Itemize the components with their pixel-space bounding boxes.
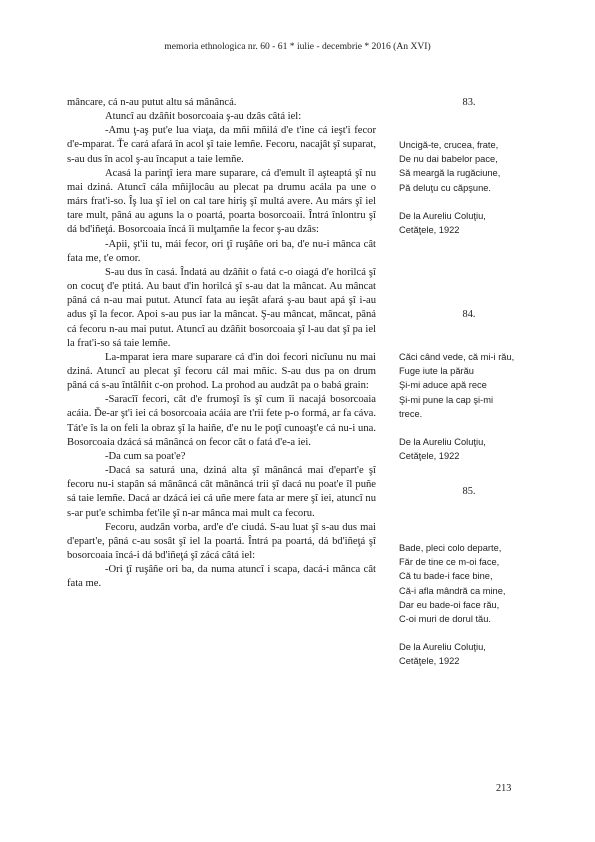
paragraph: -Ori ţî ruşâñe ori ba, da numa atuncî i … [67,563,376,591]
poem-number: 85. [399,485,539,499]
paragraph: -Saracîî fecori, cât d'e frumoşî îs şî c… [67,393,376,450]
poem-line: Fuge iute la părău [399,364,539,378]
poem-line: Pă deluţu cu căpşune. [399,181,539,195]
running-header: memoria ethnologica nr. 60 - 61 * iulie … [0,41,595,52]
poem-number: 84. [399,308,539,322]
poem-85: 85. Bade, pleci colo departe, Făr de tin… [399,485,539,668]
page-number: 213 [496,783,511,794]
paragraph: -Dacá sa saturá una, dziná alta şî mânân… [67,464,376,521]
poem-83: 83. Uncigă-te, crucea, frate, De nu dai … [399,96,539,237]
poem-line: Căci când vede, că mi-i rău, [399,350,539,364]
source-line: Cetăţele, 1922 [399,654,539,668]
paragraph: S-au dus în casá. Îndatá au dzâñit o fat… [67,266,376,351]
poem-source: De la Aureliu Coluţiu, Cetăţele, 1922 [399,640,539,668]
poem-line: Şi-mi aduce apă rece [399,378,539,392]
paragraph: Atuncî au dzâñit bosorcoaia ş-au dzâs câ… [67,110,376,124]
poem-line: Şi-mi pune la cap şi-mi [399,393,539,407]
paragraph: La-mparat iera mare suparare cá d'in doi… [67,351,376,393]
poem-line: Că-i afla mândră ca mine, [399,584,539,598]
poem-line: De nu dai babelor pace, [399,152,539,166]
paragraph: -Amu ţ-aş put'e lua viaţa, da mñi mñilá … [67,124,376,166]
paragraph: mâncare, cá n-au putut altu sá mânâncá. [67,96,376,110]
paragraph: Fecoru, audzân vorba, ard'e d'e ciudá. S… [67,521,376,563]
poem-line: Bade, pleci colo departe, [399,541,539,555]
source-line: Cetăţele, 1922 [399,223,539,237]
paragraph: -Apii, şt'ii tu, mái fecor, ori ţî ruşâñ… [67,238,376,266]
poem-line: Uncigă-te, crucea, frate, [399,138,539,152]
source-line: De la Aureliu Coluţiu, [399,209,539,223]
source-line: De la Aureliu Coluţiu, [399,435,539,449]
poem-number: 83. [399,96,539,110]
poem-line: trece. [399,407,539,421]
poem-84: 84. Căci când vede, că mi-i rău, Fuge iu… [399,308,539,463]
paragraph: -Da cum sa poat'e? [67,450,376,464]
prose-column: mâncare, cá n-au putut altu sá mânâncá. … [67,96,376,591]
source-line: De la Aureliu Coluţiu, [399,640,539,654]
poem-source: De la Aureliu Coluţiu, Cetăţele, 1922 [399,435,539,463]
poem-line: C-oi muri de dorul tău. [399,612,539,626]
poem-line: Dar eu bade-oi face rău, [399,598,539,612]
source-line: Cetăţele, 1922 [399,449,539,463]
poem-line: Că tu bade-i face bine, [399,569,539,583]
paragraph: Acasá la parinţî iera mare suparare, cá … [67,167,376,238]
poem-line: Să meargă la rugăciune, [399,166,539,180]
poem-line: Făr de tine ce m-oi face, [399,555,539,569]
poem-source: De la Aureliu Coluţiu, Cetăţele, 1922 [399,209,539,237]
